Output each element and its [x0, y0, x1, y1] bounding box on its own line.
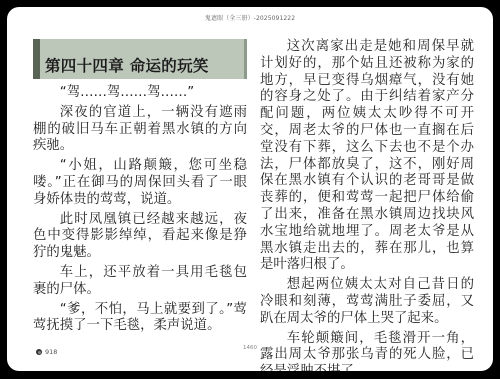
chapter-title: 第四十四章 命运的玩笑: [45, 58, 209, 75]
paragraph: “驾……驾……驾……”: [33, 85, 247, 102]
left-page-column: 第四十四章 命运的玩笑 “驾……驾……驾……” 深夜的官道上，一辆没有遮雨棚的破…: [33, 39, 247, 338]
paragraph: “爹，不怕，马上就要到了。”莺莺抚摸了一下毛毯，柔声说道。: [33, 302, 247, 336]
paragraph: “小姐，山路颠簸，您可坐稳喽。”正在御马的周保回头看了一眼身娇体贵的莺莺，说道。: [33, 158, 247, 208]
paragraph: 这次离家出走是她和周保早就计划好的，那个姑且还被称为家的地方，早已变得乌烟瘴气，…: [260, 39, 474, 274]
paragraph: 深夜的官道上，一辆没有遮雨棚的破旧马车正朝着黑水镇的方向疾驰。: [33, 105, 247, 155]
page-number: 1460: [7, 345, 493, 351]
chapter-heading: 第四十四章 命运的玩笑: [33, 39, 247, 79]
paragraph: 此时凤凰镇已经越来越远，夜色中变得影影绰绰，看起来像是狰狞的鬼魅。: [33, 212, 247, 262]
book-title: 鬼遮眼（全三册）-2025091222: [7, 13, 493, 22]
paragraph: 想起两位姨太太对自己昔日的冷眼和刻薄，莺莺满肚子委屈，又趴在周太爷的尸体上哭了起…: [260, 277, 474, 327]
right-page-column: 这次离家出走是她和周保早就计划好的，那个姑且还被称为家的地方，早已变得乌烟瘴气，…: [260, 39, 474, 371]
reader-screen: 鬼遮眼（全三册）-2025091222 第四十四章 命运的玩笑 “驾……驾……驾…: [7, 7, 493, 371]
paragraph: 车上，还平放着一具用毛毯包裹的尸体。: [33, 265, 247, 299]
